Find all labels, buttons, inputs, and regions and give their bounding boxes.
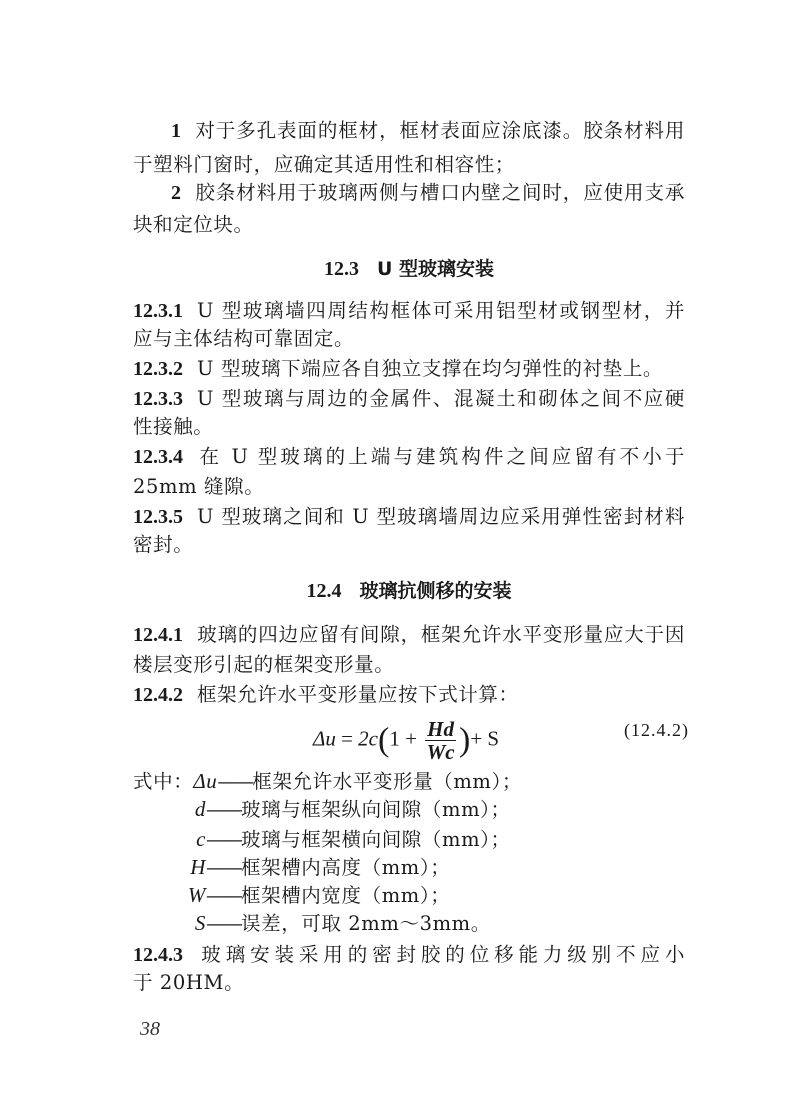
where-label: 式中： <box>133 770 193 793</box>
clause-12-3-3-line2: 性接触。 <box>133 414 685 440</box>
clause-12-3-1-line1: 12.3.1U 型玻璃墙四周结构框体可采用铝型材或钢型材，并 <box>133 298 685 324</box>
formula-12-4-2: Δu = 2c(1 + HdWc)+ S (12.4.2) <box>133 704 685 764</box>
variable-def-s: S——误差，可取 2mm～3mm。 <box>166 910 491 937</box>
formula-paren-close: ) <box>459 722 470 759</box>
formula-lhs: Δu <box>313 726 336 750</box>
fraction-denominator: Wc <box>425 741 456 763</box>
variable-description: 玻璃与框架纵向间隙（mm）； <box>241 798 511 821</box>
item-text: 胶条材料用于玻璃两侧与槽口内壁之间时，应使用支承 <box>195 181 685 204</box>
variable-symbol: H <box>166 854 206 880</box>
em-dash: —— <box>206 798 241 821</box>
clause-12-3-1-line2: 应与主体结构可靠固定。 <box>133 326 685 352</box>
variable-symbol: Δu <box>193 769 217 793</box>
em-dash: —— <box>206 856 241 879</box>
formula-tail: + S <box>470 726 499 750</box>
variable-def-delta-u: 式中：Δu——框架允许水平变形量（mm）； <box>133 768 522 795</box>
equation-number: (12.4.2) <box>624 720 689 741</box>
em-dash: —— <box>217 770 252 793</box>
formula-one-plus: 1 + <box>389 726 417 750</box>
clause-text: U 型玻璃下端应各自独立支撑在均匀弹性的衬垫上。 <box>197 357 663 380</box>
clause-12-4-1-line2: 楼层变形引起的框架变形量。 <box>133 652 685 678</box>
section-number: 12.4 <box>306 580 341 602</box>
clause-12-3-3-line1: 12.3.3U 型玻璃与周边的金属件、混凝土和砌体之间不应硬 <box>133 386 685 412</box>
clause-text: 在 U 型玻璃的上端与建筑构件之间应留有不小于 <box>197 445 685 468</box>
clause-12-3-5-line2: 密封。 <box>133 532 685 558</box>
em-dash: —— <box>206 912 241 935</box>
clause-12-4-3-line1: 12.4.3玻璃安装采用的密封胶的位移能力级别不应小 <box>133 942 685 968</box>
clause-number: 12.4.2 <box>133 684 183 706</box>
list-item-1-line1: 1对于多孔表面的框材，框材表面应涂底漆。胶条材料用 <box>133 118 685 144</box>
section-title: 玻璃抗侧移的安装 <box>359 580 511 602</box>
list-item-2-line1: 2胶条材料用于玻璃两侧与槽口内壁之间时，应使用支承 <box>133 180 685 206</box>
clause-12-3-2: 12.3.2U 型玻璃下端应各自独立支撑在均匀弹性的衬垫上。 <box>133 356 685 382</box>
variable-symbol: W <box>166 882 206 908</box>
clause-12-4-3-line2: 于 20HM。 <box>133 970 685 996</box>
section-heading-12-4: 12.4玻璃抗侧移的安装 <box>133 578 685 604</box>
formula-expression: Δu = 2c(1 + HdWc)+ S <box>313 718 499 763</box>
variable-symbol: d <box>166 796 206 822</box>
variable-def-h: H——框架槽内高度（mm）； <box>166 854 450 881</box>
clause-number: 12.4.1 <box>133 624 183 646</box>
clause-text: 框架允许水平变形量应按下式计算： <box>197 683 519 706</box>
clause-number: 12.3.4 <box>133 446 183 468</box>
variable-def-w: W——框架槽内宽度（mm）； <box>166 882 450 909</box>
clause-12-3-5-line1: 12.3.5U 型玻璃之间和 U 型玻璃墙周边应采用弹性密封材料 <box>133 504 685 530</box>
item-number: 2 <box>171 182 181 204</box>
section-number: 12.3 <box>324 258 359 280</box>
variable-description: 误差，可取 2mm～3mm。 <box>241 912 491 935</box>
variable-def-c: c——玻璃与框架横向间隙（mm）； <box>166 826 511 853</box>
variable-def-d: d——玻璃与框架纵向间隙（mm）； <box>166 796 511 823</box>
formula-coefficient: 2c <box>358 726 378 750</box>
clause-number: 12.3.3 <box>133 388 183 410</box>
variable-symbol: c <box>166 826 206 852</box>
formula-equals: = <box>341 726 353 750</box>
section-heading-12-3: 12.3U 型玻璃安装 <box>133 256 685 282</box>
clause-text: U 型玻璃与周边的金属件、混凝土和砌体之间不应硬 <box>197 387 685 410</box>
variable-description: 框架槽内宽度（mm）； <box>241 884 450 907</box>
item-text: 对于多孔表面的框材，框材表面应涂底漆。胶条材料用 <box>195 119 685 142</box>
clause-12-3-4-line2: 25mm 缝隙。 <box>133 474 685 500</box>
clause-12-3-4-line1: 12.3.4在 U 型玻璃的上端与建筑构件之间应留有不小于 <box>133 444 685 470</box>
clause-number: 12.4.3 <box>133 944 183 966</box>
variable-description: 框架允许水平变形量（mm）； <box>252 770 522 793</box>
clause-12-4-1-line1: 12.4.1玻璃的四边应留有间隙，框架允许水平变形量应大于因 <box>133 622 685 648</box>
variable-symbol: S <box>166 910 206 936</box>
formula-fraction: HdWc <box>425 718 456 763</box>
clause-text: U 型玻璃之间和 U 型玻璃墙周边应采用弹性密封材料 <box>197 505 685 528</box>
list-item-2-line2: 块和定位块。 <box>133 212 685 238</box>
item-number: 1 <box>171 120 181 142</box>
variable-description: 框架槽内高度（mm）； <box>241 856 450 879</box>
clause-number: 12.3.5 <box>133 506 183 528</box>
clause-number: 12.3.1 <box>133 300 183 322</box>
section-title: U 型玻璃安装 <box>377 258 494 280</box>
variable-description: 玻璃与框架横向间隙（mm）； <box>241 828 511 851</box>
fraction-numerator: Hd <box>425 718 456 741</box>
clause-text: 玻璃的四边应留有间隙，框架允许水平变形量应大于因 <box>197 623 685 646</box>
clause-number: 12.3.2 <box>133 358 183 380</box>
em-dash: —— <box>206 884 241 907</box>
formula-paren-open: ( <box>378 722 389 759</box>
page-number: 38 <box>140 1018 160 1041</box>
list-item-1-line2: 于塑料门窗时，应确定其适用性和相容性； <box>133 152 685 178</box>
clause-text: 玻璃安装采用的密封胶的位移能力级别不应小 <box>197 943 685 966</box>
em-dash: —— <box>206 828 241 851</box>
clause-text: U 型玻璃墙四周结构框体可采用铝型材或钢型材，并 <box>197 299 685 322</box>
